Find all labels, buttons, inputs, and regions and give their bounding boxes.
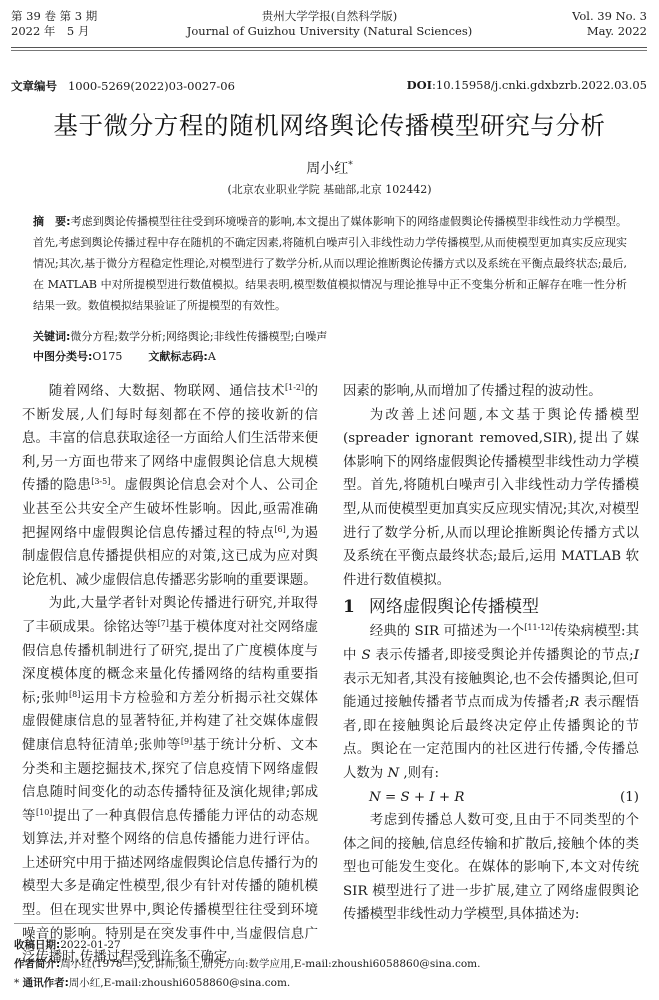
- text-run: ,则有:: [399, 766, 439, 781]
- text-run: 经典的 SIR 可描述为一个: [370, 624, 524, 639]
- citation: [7]: [158, 619, 169, 628]
- corresponding-mark: *: [348, 160, 353, 170]
- citation: [8]: [69, 690, 80, 699]
- intro-paragraph-3: 为改善上述问题,本文基于舆论传播模型(spreader ignorant rem…: [343, 404, 639, 593]
- intro-paragraph-2-cont: 因素的影响,从而增加了传播过程的波动性。: [343, 380, 639, 404]
- received-date: 2022-01-27: [60, 939, 121, 951]
- text-run: 随着网络、大数据、物联网、通信技术: [49, 384, 285, 399]
- classification: 中图分类号:O175文献标志码:A: [33, 347, 216, 367]
- doi: DOI:10.15958/j.cnki.gdxbzrb.2022.03.05: [407, 78, 647, 92]
- intro-paragraph-2: 为此,大量学者针对舆论传播进行研究,并取得了丰硕成果。徐铭达等[7]基于模体度对…: [22, 592, 318, 970]
- keywords-label: 关键词:: [33, 330, 70, 343]
- body-column-right: 因素的影响,从而增加了传播过程的波动性。 为改善上述问题,本文基于舆论传播模型(…: [343, 380, 639, 927]
- var-n: N: [387, 766, 399, 781]
- abstract-label: 摘 要:: [33, 215, 71, 228]
- date-en: May. 2022: [572, 24, 647, 39]
- equation-number: (1): [620, 786, 639, 810]
- header-rule-thin: [11, 50, 647, 51]
- doi-label: DOI: [407, 78, 432, 92]
- var-r: R: [569, 695, 579, 710]
- received-label: 收稿日期:: [14, 939, 60, 951]
- article-number-label: 文章编号: [11, 79, 57, 93]
- paper-title: 基于微分方程的随机网络舆论传播模型研究与分析: [0, 107, 659, 142]
- article-number: 文章编号 1000-5269(2022)03-0027-06: [11, 78, 235, 94]
- footnote-author-bio: 作者简介:周小红(1978—),女,讲师,硕士,研究方向:数学应用,E-mail…: [14, 956, 480, 973]
- doc-code-label: 文献标志码:: [148, 350, 207, 363]
- keywords-text: 微分方程;数学分析;网络舆论;非线性传播模型;白噪声: [70, 330, 327, 343]
- journal-name-cn: 贵州大学学报(自然科学版): [0, 9, 659, 24]
- abstract-text: 考虑到舆论传播模型往往受到环境噪音的影响,本文提出了媒体影响下的网络虚假舆论传播…: [33, 215, 627, 312]
- running-header-right: Vol. 39 No. 3 May. 2022: [572, 9, 647, 39]
- author-name: 周小红: [306, 161, 348, 177]
- body-column-left: 随着网络、大数据、物联网、通信技术[1-2]的不断发展,人们每时每刻都在不停的接…: [22, 380, 318, 970]
- equation-expression: N = S + I + R: [369, 786, 464, 810]
- corresponding-label: 通讯作者:: [23, 977, 69, 989]
- var-i: I: [634, 648, 639, 663]
- bio-text: 周小红(1978—),女,讲师,硕士,研究方向:数学应用,E-mail:zhou…: [60, 958, 480, 970]
- citation: [1-2]: [285, 383, 304, 392]
- intro-paragraph-1: 随着网络、大数据、物联网、通信技术[1-2]的不断发展,人们每时每刻都在不停的接…: [22, 380, 318, 592]
- doi-value: 10.15958/j.cnki.gdxbzrb.2022.03.05: [436, 78, 647, 92]
- var-s: S: [362, 648, 371, 663]
- author-line: 周小红*: [0, 158, 659, 178]
- abstract: 摘 要:考虑到舆论传播模型往往受到环境噪音的影响,本文提出了媒体影响下的网络虚假…: [33, 211, 627, 316]
- footnote-corresponding-author: * 通讯作者:周小红,E-mail:zhoushi6058860@sina.co…: [14, 975, 290, 992]
- citation: [11-12]: [524, 623, 553, 632]
- journal-name-en: Journal of Guizhou University (Natural S…: [0, 24, 659, 39]
- citation: [6]: [274, 525, 285, 534]
- equation-1: N = S + I + R (1): [343, 786, 639, 810]
- keywords: 关键词:微分方程;数学分析;网络舆论;非线性传播模型;白噪声: [33, 327, 327, 347]
- citation: [9]: [181, 737, 192, 746]
- affiliation: (北京农业职业学院 基础部,北京 102442): [0, 181, 659, 197]
- text-run: 的不断发展,人们每时每刻都在不停的接收新的信息。丰富的信息获取途径一方面给人们生…: [22, 384, 318, 493]
- bio-label: 作者简介:: [14, 958, 60, 970]
- footnote-divider: [14, 923, 171, 924]
- section-1-paragraph-2: 考虑到传播总人数可变,且由于不同类型的个体之间的接触,信息经传输和扩散后,接触个…: [343, 809, 639, 927]
- text-run: 表示传播者,即接受舆论并传播舆论的节点;: [371, 648, 634, 663]
- article-number-value: 1000-5269(2022)03-0027-06: [68, 79, 235, 93]
- section-title: 网络虚假舆论传播模型: [369, 597, 539, 617]
- citation: [3-5]: [91, 477, 110, 486]
- volume-issue-en: Vol. 39 No. 3: [572, 9, 647, 24]
- citation: [10]: [36, 808, 52, 817]
- clc-label: 中图分类号:: [33, 350, 92, 363]
- section-heading-1: 1网络虚假舆论传播模型: [343, 594, 639, 620]
- footnote-received: 收稿日期:2022-01-27: [14, 937, 121, 954]
- doc-code-value: A: [208, 350, 216, 363]
- section-1-paragraph-1: 经典的 SIR 可描述为一个[11-12]传染病模型:其中 S 表示传播者,即接…: [343, 620, 639, 785]
- clc-value: O175: [92, 350, 122, 363]
- section-number: 1: [343, 594, 369, 620]
- header-rule-thick: [11, 47, 647, 48]
- running-header-center: 贵州大学学报(自然科学版) Journal of Guizhou Univers…: [0, 9, 659, 39]
- corresponding-mark: *: [14, 977, 23, 989]
- corresponding-text: 周小红,E-mail:zhoushi6058860@sina.com.: [69, 977, 290, 989]
